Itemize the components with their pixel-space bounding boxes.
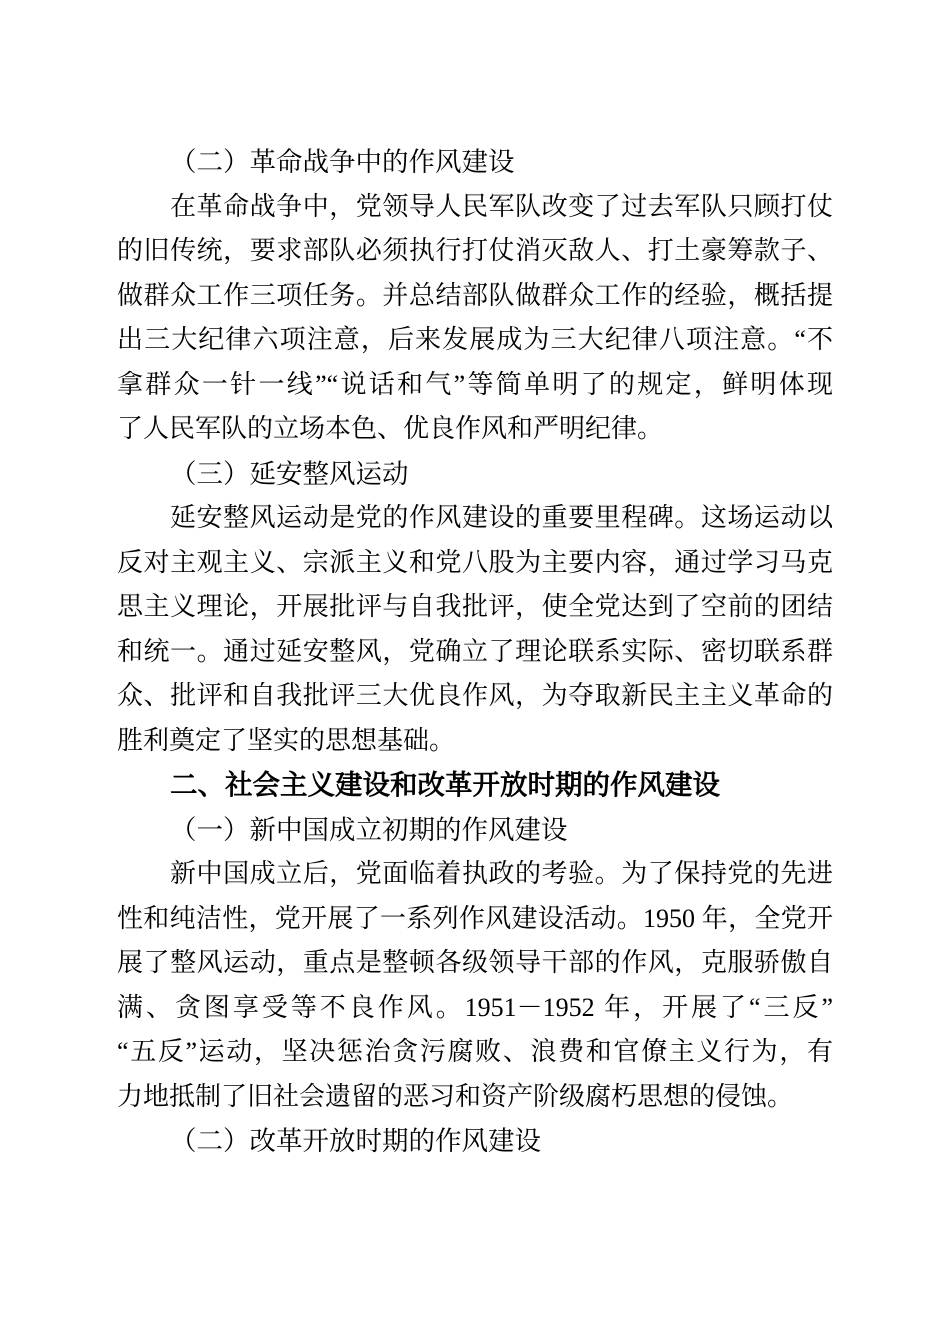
body-text-line: 在革命战争中，党领导人民军队改变了过去军队只顾打仗 [117, 185, 833, 230]
body-text-line: 展了整风运动，重点是整顿各级领导干部的作风，克服骄傲自 [117, 941, 833, 986]
section-heading: 二、社会主义建设和改革开放时期的作风建设 [117, 763, 833, 808]
sub-heading: （二）改革开放时期的作风建设 [117, 1119, 833, 1164]
body-text-line: 和统一。通过延安整风，党确立了理论联系实际、密切联系群 [117, 630, 833, 675]
body-text-line: 延安整风运动是党的作风建设的重要里程碑。这场运动以 [117, 496, 833, 541]
sub-heading: （三）延安整风运动 [117, 452, 833, 497]
body-text-line: 胜利奠定了坚实的思想基础。 [117, 719, 833, 764]
body-text-line: 做群众工作三项任务。并总结部队做群众工作的经验，概括提 [117, 274, 833, 319]
document-text-block: （二）革命战争中的作风建设在革命战争中，党领导人民军队改变了过去军队只顾打仗的旧… [117, 140, 833, 1164]
body-text-line: 新中国成立后，党面临着执政的考验。为了保持党的先进 [117, 852, 833, 897]
body-text-line: 满、贪图享受等不良作风。1951－1952 年，开展了“三反” [117, 986, 833, 1031]
body-text-line: 出三大纪律六项注意，后来发展成为三大纪律八项注意。“不 [117, 318, 833, 363]
document-page: （二）革命战争中的作风建设在革命战争中，党领导人民军队改变了过去军队只顾打仗的旧… [0, 0, 950, 1344]
sub-heading: （一）新中国成立初期的作风建设 [117, 808, 833, 853]
body-text-line: 拿群众一针一线”“说话和气”等简单明了的规定，鲜明体现 [117, 363, 833, 408]
body-text-line: 的旧传统，要求部队必须执行打仗消灭敌人、打土豪筹款子、 [117, 229, 833, 274]
body-text-line: 力地抵制了旧社会遗留的恶习和资产阶级腐朽思想的侵蚀。 [117, 1075, 833, 1120]
body-text-line: 思主义理论，开展批评与自我批评，使全党达到了空前的团结 [117, 585, 833, 630]
body-text-line: 众、批评和自我批评三大优良作风，为夺取新民主主义革命的 [117, 674, 833, 719]
body-text-line: 性和纯洁性，党开展了一系列作风建设活动。1950 年，全党开 [117, 897, 833, 942]
sub-heading: （二）革命战争中的作风建设 [117, 140, 833, 185]
body-text-line: 了人民军队的立场本色、优良作风和严明纪律。 [117, 407, 833, 452]
body-text-line: “五反”运动，坚决惩治贪污腐败、浪费和官僚主义行为，有 [117, 1030, 833, 1075]
body-text-line: 反对主观主义、宗派主义和党八股为主要内容，通过学习马克 [117, 541, 833, 586]
